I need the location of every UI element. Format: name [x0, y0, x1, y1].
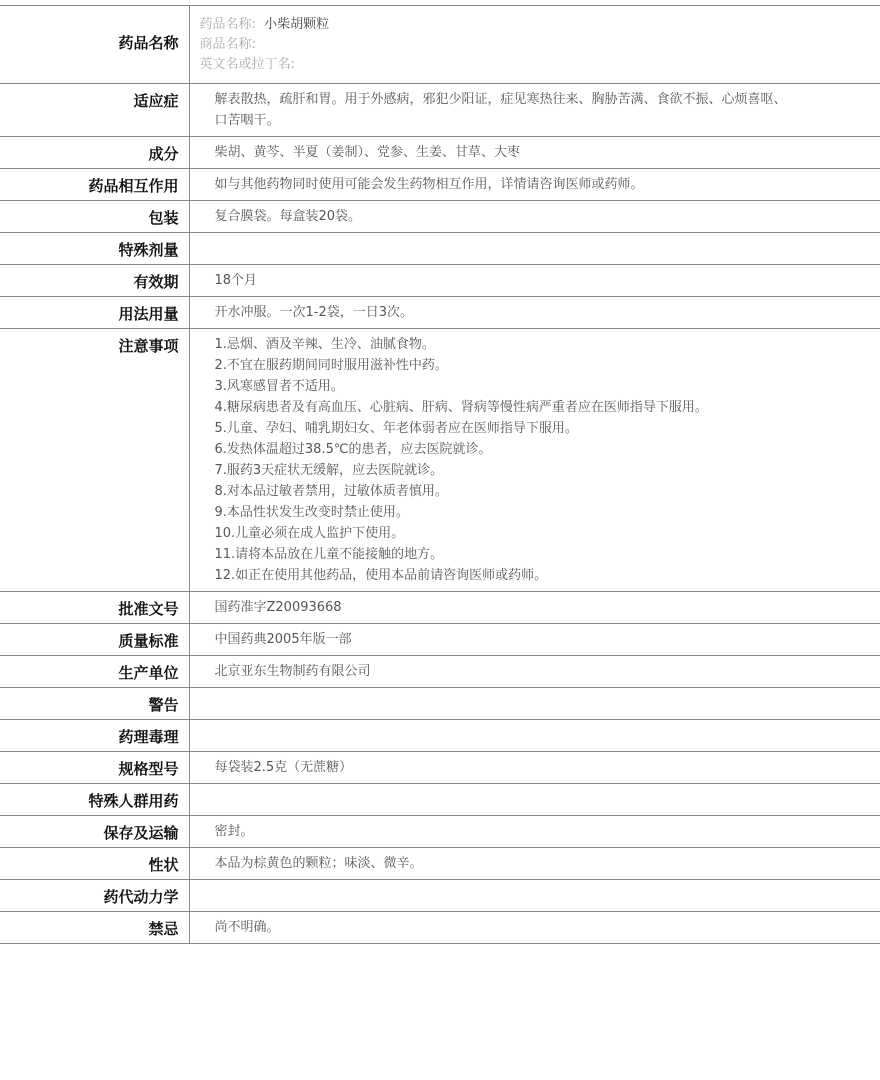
row-value: [189, 880, 880, 912]
row-label: 特殊剂量: [0, 233, 189, 265]
field-value: 小柴胡颗粒: [264, 17, 329, 32]
row-specification: 规格型号 每袋装2.5克（无蔗糖）: [0, 752, 880, 784]
row-value: 密封。: [189, 816, 880, 848]
row-label: 特殊人群用药: [0, 784, 189, 816]
row-label: 注意事项: [0, 329, 189, 592]
drug-spec-table: 药品名称 药品名称: 小柴胡颗粒 商品名称: 英文名或拉丁名: 适应症 解表散热…: [0, 5, 880, 944]
row-approval-number: 批准文号 国药准字Z20093668: [0, 592, 880, 624]
row-value: 18个月: [189, 265, 880, 297]
row-label: 成分: [0, 137, 189, 169]
list-item: 9.本品性状发生改变时禁止使用。: [215, 502, 880, 523]
list-item: 11.请将本品放在儿童不能接触的地方。: [215, 544, 880, 565]
row-pharmacology: 药理毒理: [0, 720, 880, 752]
row-value: 北京亚东生物制药有限公司: [189, 656, 880, 688]
row-label: 药品名称: [0, 6, 189, 84]
list-item: 2.不宜在服药期间同时服用滋补性中药。: [215, 355, 880, 376]
row-label: 质量标准: [0, 624, 189, 656]
row-value: 每袋装2.5克（无蔗糖）: [189, 752, 880, 784]
row-pharmacokinetics: 药代动力学: [0, 880, 880, 912]
row-indications: 适应症 解表散热，疏肝和胃。用于外感病，邪犯少阳证，症见寒热往来、胸胁苦满、食欲…: [0, 84, 880, 137]
row-label: 有效期: [0, 265, 189, 297]
row-value: 中国药典2005年版一部: [189, 624, 880, 656]
row-quality-standard: 质量标准 中国药典2005年版一部: [0, 624, 880, 656]
row-value: 尚不明确。: [189, 912, 880, 944]
row-label: 包装: [0, 201, 189, 233]
row-label: 药品相互作用: [0, 169, 189, 201]
list-item: 7.服药3天症状无缓解，应去医院就诊。: [215, 460, 880, 481]
row-label: 药代动力学: [0, 880, 189, 912]
row-label: 药理毒理: [0, 720, 189, 752]
latin-name-line: 英文名或拉丁名:: [200, 55, 880, 75]
list-item: 8.对本品过敏者禁用，过敏体质者慎用。: [215, 481, 880, 502]
row-value: 解表散热，疏肝和胃。用于外感病，邪犯少阳证，症见寒热往来、胸胁苦满、食欲不振、心…: [189, 84, 880, 137]
row-special-dosage: 特殊剂量: [0, 233, 880, 265]
row-label: 规格型号: [0, 752, 189, 784]
drug-name-line: 药品名称: 小柴胡颗粒: [200, 15, 880, 35]
list-item: 3.风寒感冒者不适用。: [215, 376, 880, 397]
row-value: [189, 688, 880, 720]
trade-name-line: 商品名称:: [200, 35, 880, 55]
list-item: 10.儿童必须在成人监护下使用。: [215, 523, 880, 544]
precautions-list: 1.忌烟、酒及辛辣、生冷、油腻食物。 2.不宜在服药期间同时服用滋补性中药。 3…: [189, 329, 880, 592]
row-value: 本品为棕黄色的颗粒；味淡、微辛。: [189, 848, 880, 880]
row-precautions: 注意事项 1.忌烟、酒及辛辣、生冷、油腻食物。 2.不宜在服药期间同时服用滋补性…: [0, 329, 880, 592]
field-key: 药品名称:: [200, 17, 256, 32]
field-key: 商品名称:: [200, 37, 256, 52]
row-label: 保存及运输: [0, 816, 189, 848]
row-label: 生产单位: [0, 656, 189, 688]
row-special-populations: 特殊人群用药: [0, 784, 880, 816]
list-item: 5.儿童、孕妇、哺乳期妇女、年老体弱者应在医师指导下服用。: [215, 418, 880, 439]
list-item: 4.糖尿病患者及有高血压、心脏病、肝病、肾病等慢性病严重者应在医师指导下服用。: [215, 397, 880, 418]
row-expiry: 有效期 18个月: [0, 265, 880, 297]
row-value: 柴胡、黄芩、半夏（姜制）、党参、生姜、甘草、大枣: [189, 137, 880, 169]
row-value: 复合膜袋。每盒装20袋。: [189, 201, 880, 233]
row-label: 适应症: [0, 84, 189, 137]
row-value: 国药准字Z20093668: [189, 592, 880, 624]
row-label: 禁忌: [0, 912, 189, 944]
list-item: 1.忌烟、酒及辛辣、生冷、油腻食物。: [215, 334, 880, 355]
list-item: 6.发热体温超过38.5℃的患者，应去医院就诊。: [215, 439, 880, 460]
row-value: 开水冲服。一次1-2袋，一日3次。: [189, 297, 880, 329]
row-value: [189, 233, 880, 265]
row-contraindications: 禁忌 尚不明确。: [0, 912, 880, 944]
row-storage: 保存及运输 密封。: [0, 816, 880, 848]
row-value: [189, 784, 880, 816]
row-packaging: 包装 复合膜袋。每盒装20袋。: [0, 201, 880, 233]
row-label: 性状: [0, 848, 189, 880]
row-interactions: 药品相互作用 如与其他药物同时使用可能会发生药物相互作用，详情请咨询医师或药师。: [0, 169, 880, 201]
row-label: 警告: [0, 688, 189, 720]
row-label: 用法用量: [0, 297, 189, 329]
field-key: 英文名或拉丁名:: [200, 57, 295, 72]
list-item: 12.如正在使用其他药品，使用本品前请咨询医师或药师。: [215, 565, 880, 586]
row-ingredients: 成分 柴胡、黄芩、半夏（姜制）、党参、生姜、甘草、大枣: [0, 137, 880, 169]
row-value: [189, 720, 880, 752]
row-manufacturer: 生产单位 北京亚东生物制药有限公司: [0, 656, 880, 688]
row-usage: 用法用量 开水冲服。一次1-2袋，一日3次。: [0, 297, 880, 329]
row-label: 批准文号: [0, 592, 189, 624]
row-appearance: 性状 本品为棕黄色的颗粒；味淡、微辛。: [0, 848, 880, 880]
row-value: 药品名称: 小柴胡颗粒 商品名称: 英文名或拉丁名:: [189, 6, 880, 84]
row-value: 如与其他药物同时使用可能会发生药物相互作用，详情请咨询医师或药师。: [189, 169, 880, 201]
row-warning: 警告: [0, 688, 880, 720]
row-drug-name: 药品名称 药品名称: 小柴胡颗粒 商品名称: 英文名或拉丁名:: [0, 6, 880, 84]
